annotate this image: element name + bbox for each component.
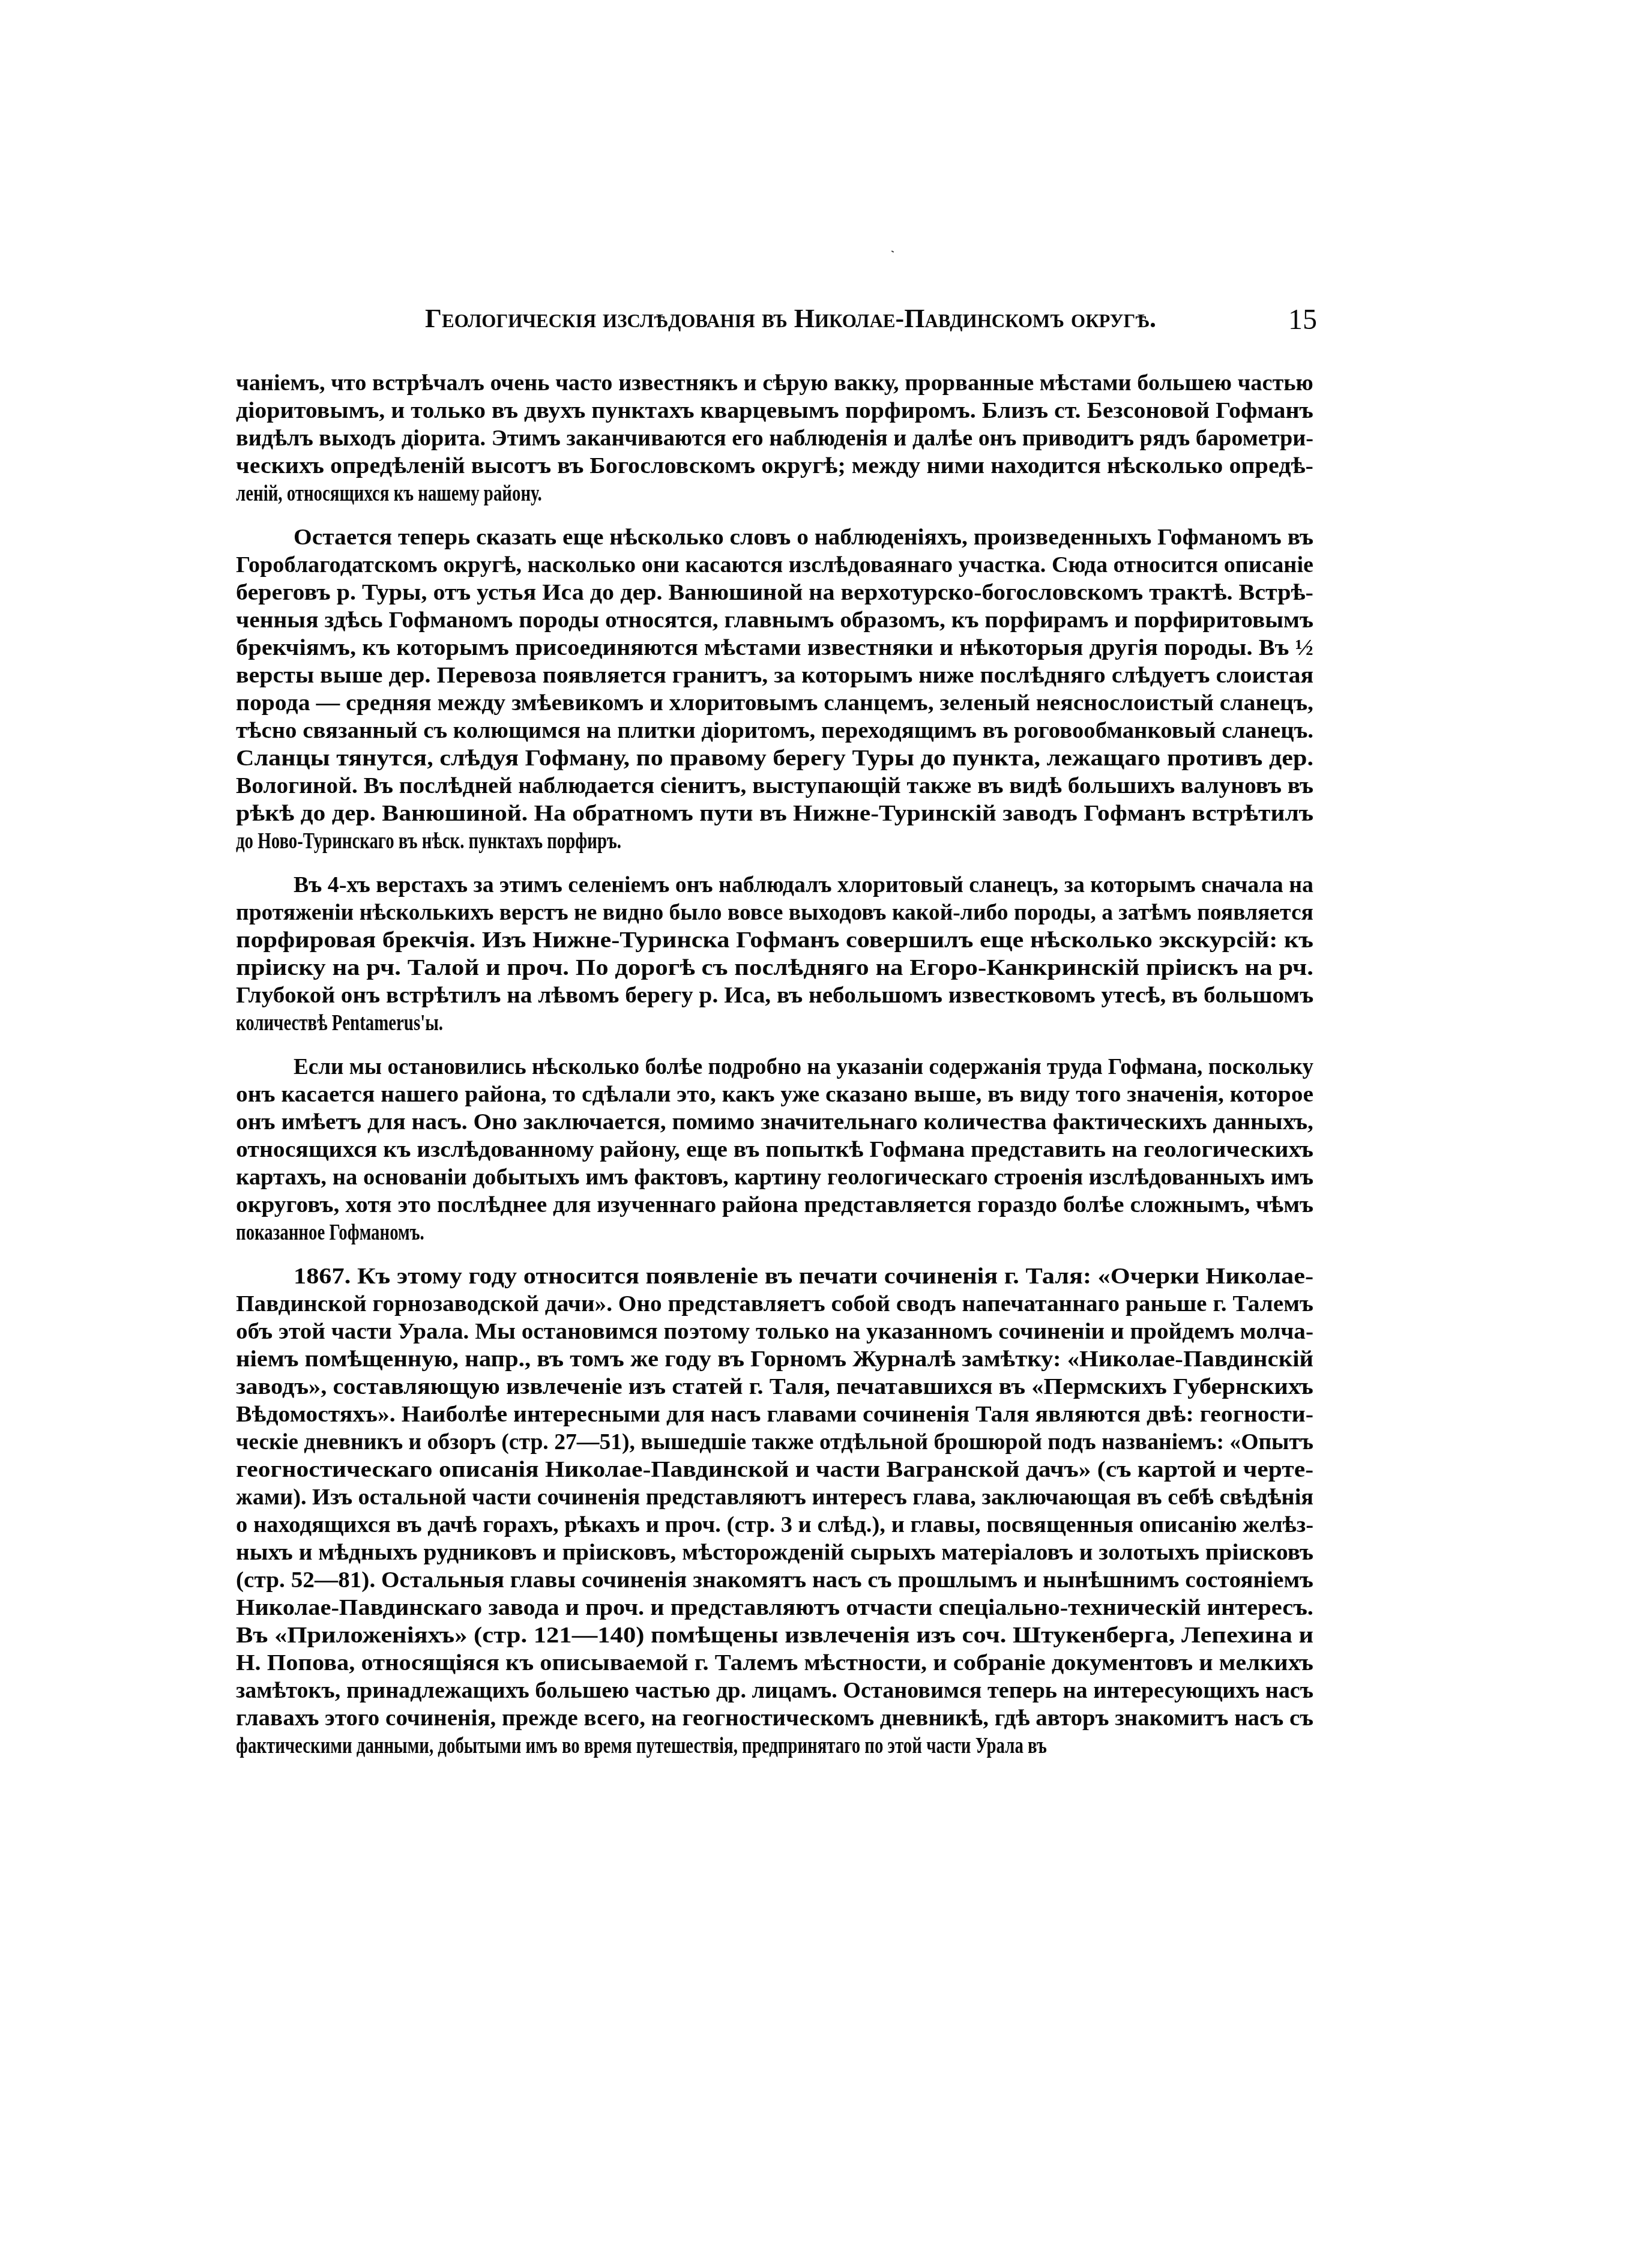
body-text: чаніемъ, что встрѣчалъ очень часто извес… <box>236 370 1313 1760</box>
paragraph: чаніемъ, что встрѣчалъ очень часто извес… <box>236 370 1313 508</box>
text-line: относящихся къ изслѣдованному району, ещ… <box>236 1136 1313 1164</box>
scan-speck <box>891 250 894 253</box>
text-line: замѣтокъ, принадлежащихъ большею частью … <box>236 1677 1313 1705</box>
text-line: версты выше дер. Перевоза появляется гра… <box>236 662 1313 690</box>
text-line: береговъ р. Туры, отъ устья Иса до дер. … <box>236 579 1313 607</box>
text-line: Вологиной. Въ послѣдней наблюдается сіен… <box>236 773 1313 800</box>
text-line: протяженіи нѣсколькихъ верстъ не видно б… <box>236 899 1313 927</box>
text-line: онъ касается нашего района, то сдѣлали э… <box>236 1081 1313 1109</box>
text-line: порода — средняя между змѣевикомъ и хлор… <box>236 690 1313 717</box>
text-line: о находящихся въ дачѣ горахъ, рѣкахъ и п… <box>236 1512 1313 1539</box>
text-line: ніемъ помѣщенную, напр., въ томъ же году… <box>236 1346 1313 1374</box>
text-line: Гороблагодатскомъ округѣ, насколько они … <box>236 552 1313 579</box>
text-line: леній, относящихся къ нашему району. <box>236 480 1313 508</box>
text-line: до Ново-Туринскаго въ нѣск. пунктахъ пор… <box>236 828 1313 855</box>
text-line: (стр. 52—81). Остальныя главы сочиненія … <box>236 1567 1313 1594</box>
text-line: ныхъ и мѣдныхъ рудниковъ и пріисковъ, мѣ… <box>236 1539 1313 1567</box>
text-line: картахъ, на основаніи добытыхъ имъ факто… <box>236 1164 1313 1192</box>
text-line: Если мы остановились нѣсколько болѣе под… <box>236 1054 1313 1081</box>
text-line: округовъ, хотя это послѣднее для изученн… <box>236 1192 1313 1219</box>
text-line: онъ имѣетъ для насъ. Оно заключается, по… <box>236 1109 1313 1136</box>
text-line: Остается теперь сказать еще нѣсколько сл… <box>236 524 1313 552</box>
text-line: рѣкѣ до дер. Ванюшиной. На обратномъ пут… <box>236 800 1313 828</box>
paragraph: 1867. Къ этому году относится появленіе … <box>236 1263 1313 1760</box>
text-line: количествѣ Pentamerus'ы. <box>236 1010 1313 1037</box>
running-title: Геологическія изслѣдованія въ Николае-Па… <box>425 304 1135 334</box>
text-line: порфировая брекчія. Изъ Нижне-Туринска Г… <box>236 927 1313 955</box>
page-number: 15 <box>1288 305 1317 335</box>
text-line: Глубокой онъ встрѣтилъ на лѣвомъ берегу … <box>236 982 1313 1010</box>
text-line: Въ 4-хъ верстахъ за этимъ селеніемъ онъ … <box>236 872 1313 899</box>
text-line: показанное Гофманомъ. <box>236 1219 1313 1247</box>
text-line: пріиску на рч. Талой и проч. По дорогѣ с… <box>236 955 1313 982</box>
paragraph: Остается теперь сказать еще нѣсколько сл… <box>236 524 1313 855</box>
text-line: Н. Попова, относящіяся къ описываемой г.… <box>236 1650 1313 1677</box>
scanned-book-page: Геологическія изслѣдованія въ Николае-Па… <box>0 0 1652 2262</box>
text-line: Въ «Приложеніяхъ» (стр. 121—140) помѣщен… <box>236 1622 1313 1650</box>
text-line: тѣсно связанный съ колющимся на плитки д… <box>236 717 1313 745</box>
text-line: Сланцы тянутся, слѣдуя Гофману, по право… <box>236 745 1313 773</box>
text-line: ческіе дневникъ и обзоръ (стр. 27—51), в… <box>236 1429 1313 1456</box>
text-line: Вѣдомостяхъ». Наиболѣе интересными для н… <box>236 1401 1313 1429</box>
text-line: діоритовымъ, и только въ двухъ пунктахъ … <box>236 397 1313 425</box>
text-line: ческихъ опредѣленій высотъ въ Богословск… <box>236 453 1313 480</box>
text-line: жами). Изъ остальной части сочиненія пре… <box>236 1484 1313 1512</box>
text-line: 1867. Къ этому году относится появленіе … <box>236 1263 1313 1291</box>
text-line: фактическими данными, добытыми имъ во вр… <box>236 1733 1313 1760</box>
text-line: геогностическаго описанія Николае-Павдин… <box>236 1456 1313 1484</box>
running-head: Геологическія изслѣдованія въ Николае-Па… <box>425 304 1317 334</box>
paragraph: Въ 4-хъ верстахъ за этимъ селеніемъ онъ … <box>236 872 1313 1037</box>
text-line: Павдинской горнозаводской дачи». Оно пре… <box>236 1291 1313 1318</box>
text-line: чаніемъ, что встрѣчалъ очень часто извес… <box>236 370 1313 397</box>
text-line: Николае-Павдинскаго завода и проч. и пре… <box>236 1594 1313 1622</box>
text-line: брекчіямъ, къ которымъ присоединяются мѣ… <box>236 635 1313 662</box>
text-line: объ этой части Урала. Мы остановимся поэ… <box>236 1318 1313 1346</box>
text-line: ченныя здѣсь Гофманомъ породы относятся,… <box>236 607 1313 635</box>
paragraph: Если мы остановились нѣсколько болѣе под… <box>236 1054 1313 1247</box>
text-line: видѣлъ выходъ діорита. Этимъ заканчивают… <box>236 425 1313 453</box>
text-line: главахъ этого сочиненія, прежде всего, н… <box>236 1705 1313 1733</box>
text-line: заводъ», составляющую извлеченіе изъ ста… <box>236 1374 1313 1401</box>
